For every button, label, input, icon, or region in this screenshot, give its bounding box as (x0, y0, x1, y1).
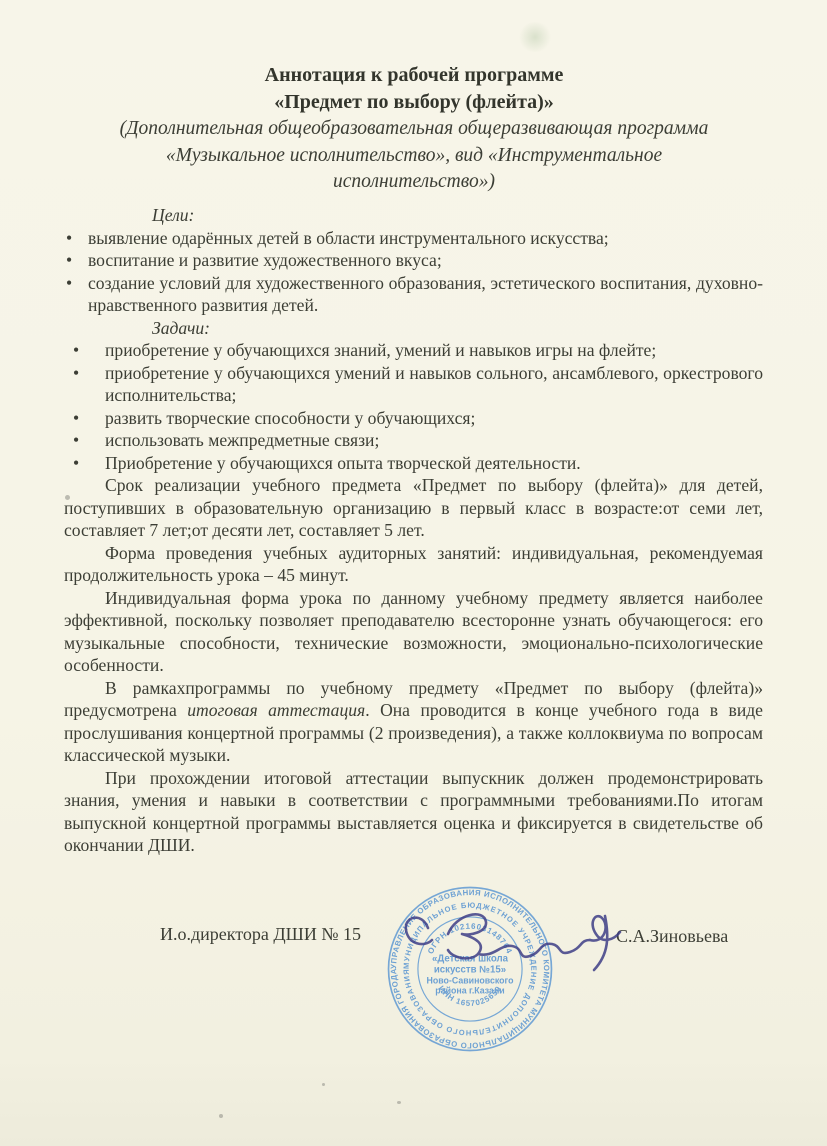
signature-stroke-tail (478, 940, 590, 957)
attestation-italic-phrase: итоговая аттестация (187, 700, 365, 720)
goals-heading: Цели: (64, 204, 763, 227)
program-subtitle-line3: исполнительство») (64, 169, 764, 196)
signature-stroke-c (406, 918, 432, 944)
handwritten-signature (398, 902, 638, 977)
task-item: приобретение у обучающихся знаний, умени… (64, 339, 763, 362)
paragraph-individual-form: Индивидуальная форма урока по данному уч… (64, 587, 763, 677)
paragraph-graduation: При прохождении итоговой аттестации выпу… (64, 767, 763, 857)
task-item: приобретение у обучающихся умений и навы… (64, 362, 763, 407)
tasks-heading: Задачи: (64, 317, 763, 340)
document-body: Цели: выявление одарённых детей в област… (64, 204, 763, 857)
signature-stroke-z (448, 914, 486, 958)
scan-smudge-artifact (518, 22, 552, 52)
paragraph-lesson-form: Форма проведения учебных аудиторных заня… (64, 542, 763, 587)
scan-artifact-dot (219, 1114, 223, 1118)
document-title-line1: Аннотация к рабочей программе (64, 62, 764, 89)
program-subtitle-line1: (Дополнительная общеобразовательная обще… (64, 116, 764, 143)
task-item: использовать межпредметные связи; (64, 429, 763, 452)
paragraph-attestation: В рамкахпрограммы по учебному предмету «… (64, 677, 763, 767)
title-block: Аннотация к рабочей программе «Предмет п… (64, 62, 764, 196)
tasks-list: приобретение у обучающихся знаний, умени… (64, 339, 763, 474)
goal-item: воспитание и развитие художественного вк… (64, 249, 763, 272)
goal-item: создание условий для художественного обр… (64, 272, 763, 317)
scanned-document-page: Аннотация к рабочей программе «Предмет п… (0, 0, 827, 1146)
program-subtitle-line2: «Музыкальное исполнительство», вид «Инст… (64, 143, 764, 170)
goals-list: выявление одарённых детей в области инст… (64, 227, 763, 317)
scan-artifact-dot (322, 1083, 325, 1086)
goal-item: выявление одарённых детей в области инст… (64, 227, 763, 250)
document-title-line2: «Предмет по выбору (флейта)» (64, 89, 764, 116)
scan-artifact-dot (397, 1101, 401, 1104)
scan-artifact-dot (65, 495, 70, 500)
task-item: развить творческие способности у обучающ… (64, 407, 763, 430)
signature-stroke-descender (594, 916, 607, 970)
signature-role-label: И.о.директора ДШИ № 15 (160, 924, 361, 945)
stamp-center-line4: района г.Казани (435, 985, 504, 995)
task-item: Приобретение у обучающихся опыта творчес… (64, 452, 763, 475)
paragraph-term: Срок реализации учебного предмета «Предм… (64, 474, 763, 542)
